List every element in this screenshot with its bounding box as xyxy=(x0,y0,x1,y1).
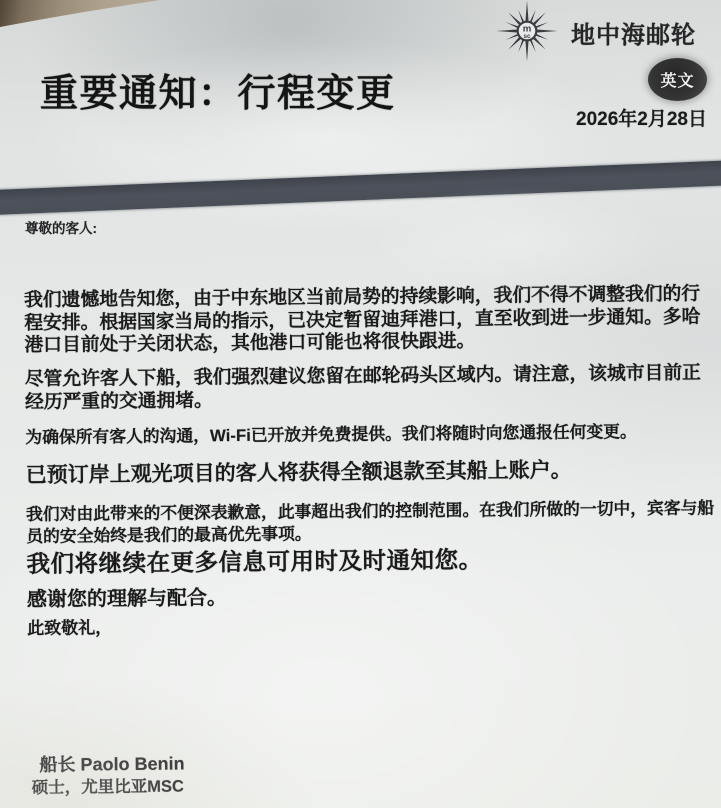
letter-content: m sc 地中海邮轮 英文 2026年2月28日 重要通知：行程变更 尊敬的客人… xyxy=(0,0,721,808)
paragraph-itinerary-change: 我们遗憾地告知您，由于中东地区当前局势的持续影响，我们不得不调整我们的行程安排。… xyxy=(24,282,715,356)
paragraph-stay-near-terminal: 尽管允许客人下船，我们强烈建议您留在邮轮码头区域内。请注意，该城市目前正经历严重… xyxy=(25,361,715,413)
signature-block: 船长 Paolo Benin 硕士，尤里比亚MSC xyxy=(31,753,184,799)
photographed-letter: m sc 地中海邮轮 英文 2026年2月28日 重要通知：行程变更 尊敬的客人… xyxy=(0,0,721,808)
paragraph-keep-informed: 我们将继续在更多信息可用时及时通知您。 xyxy=(26,543,716,578)
signature-ship-name: 硕士，尤里比亚MSC xyxy=(32,776,185,799)
signature-captain-name: 船长 Paolo Benin xyxy=(31,753,184,777)
paragraph-apology-safety: 我们对由此带来的不便深表歉意，此事超出我们的控制范围。在我们所做的一切中，宾客与… xyxy=(26,497,716,548)
paragraph-wifi-free: 为确保所有客人的沟通，Wi-Fi已开放并免费提供。我们将随时向您通报任何变更。 xyxy=(25,420,715,449)
letter-body: 我们遗憾地告知您，由于中东地区当前局势的持续影响，我们不得不调整我们的行程安排。… xyxy=(0,0,721,808)
paragraph-thanks: 感谢您的理解与配合。 xyxy=(27,581,717,612)
paragraph-regards: 此致敬礼， xyxy=(27,611,717,639)
paragraph-excursion-refund: 已预订岸上观光项目的客人将获得全额退款至其船上账户。 xyxy=(26,456,716,488)
